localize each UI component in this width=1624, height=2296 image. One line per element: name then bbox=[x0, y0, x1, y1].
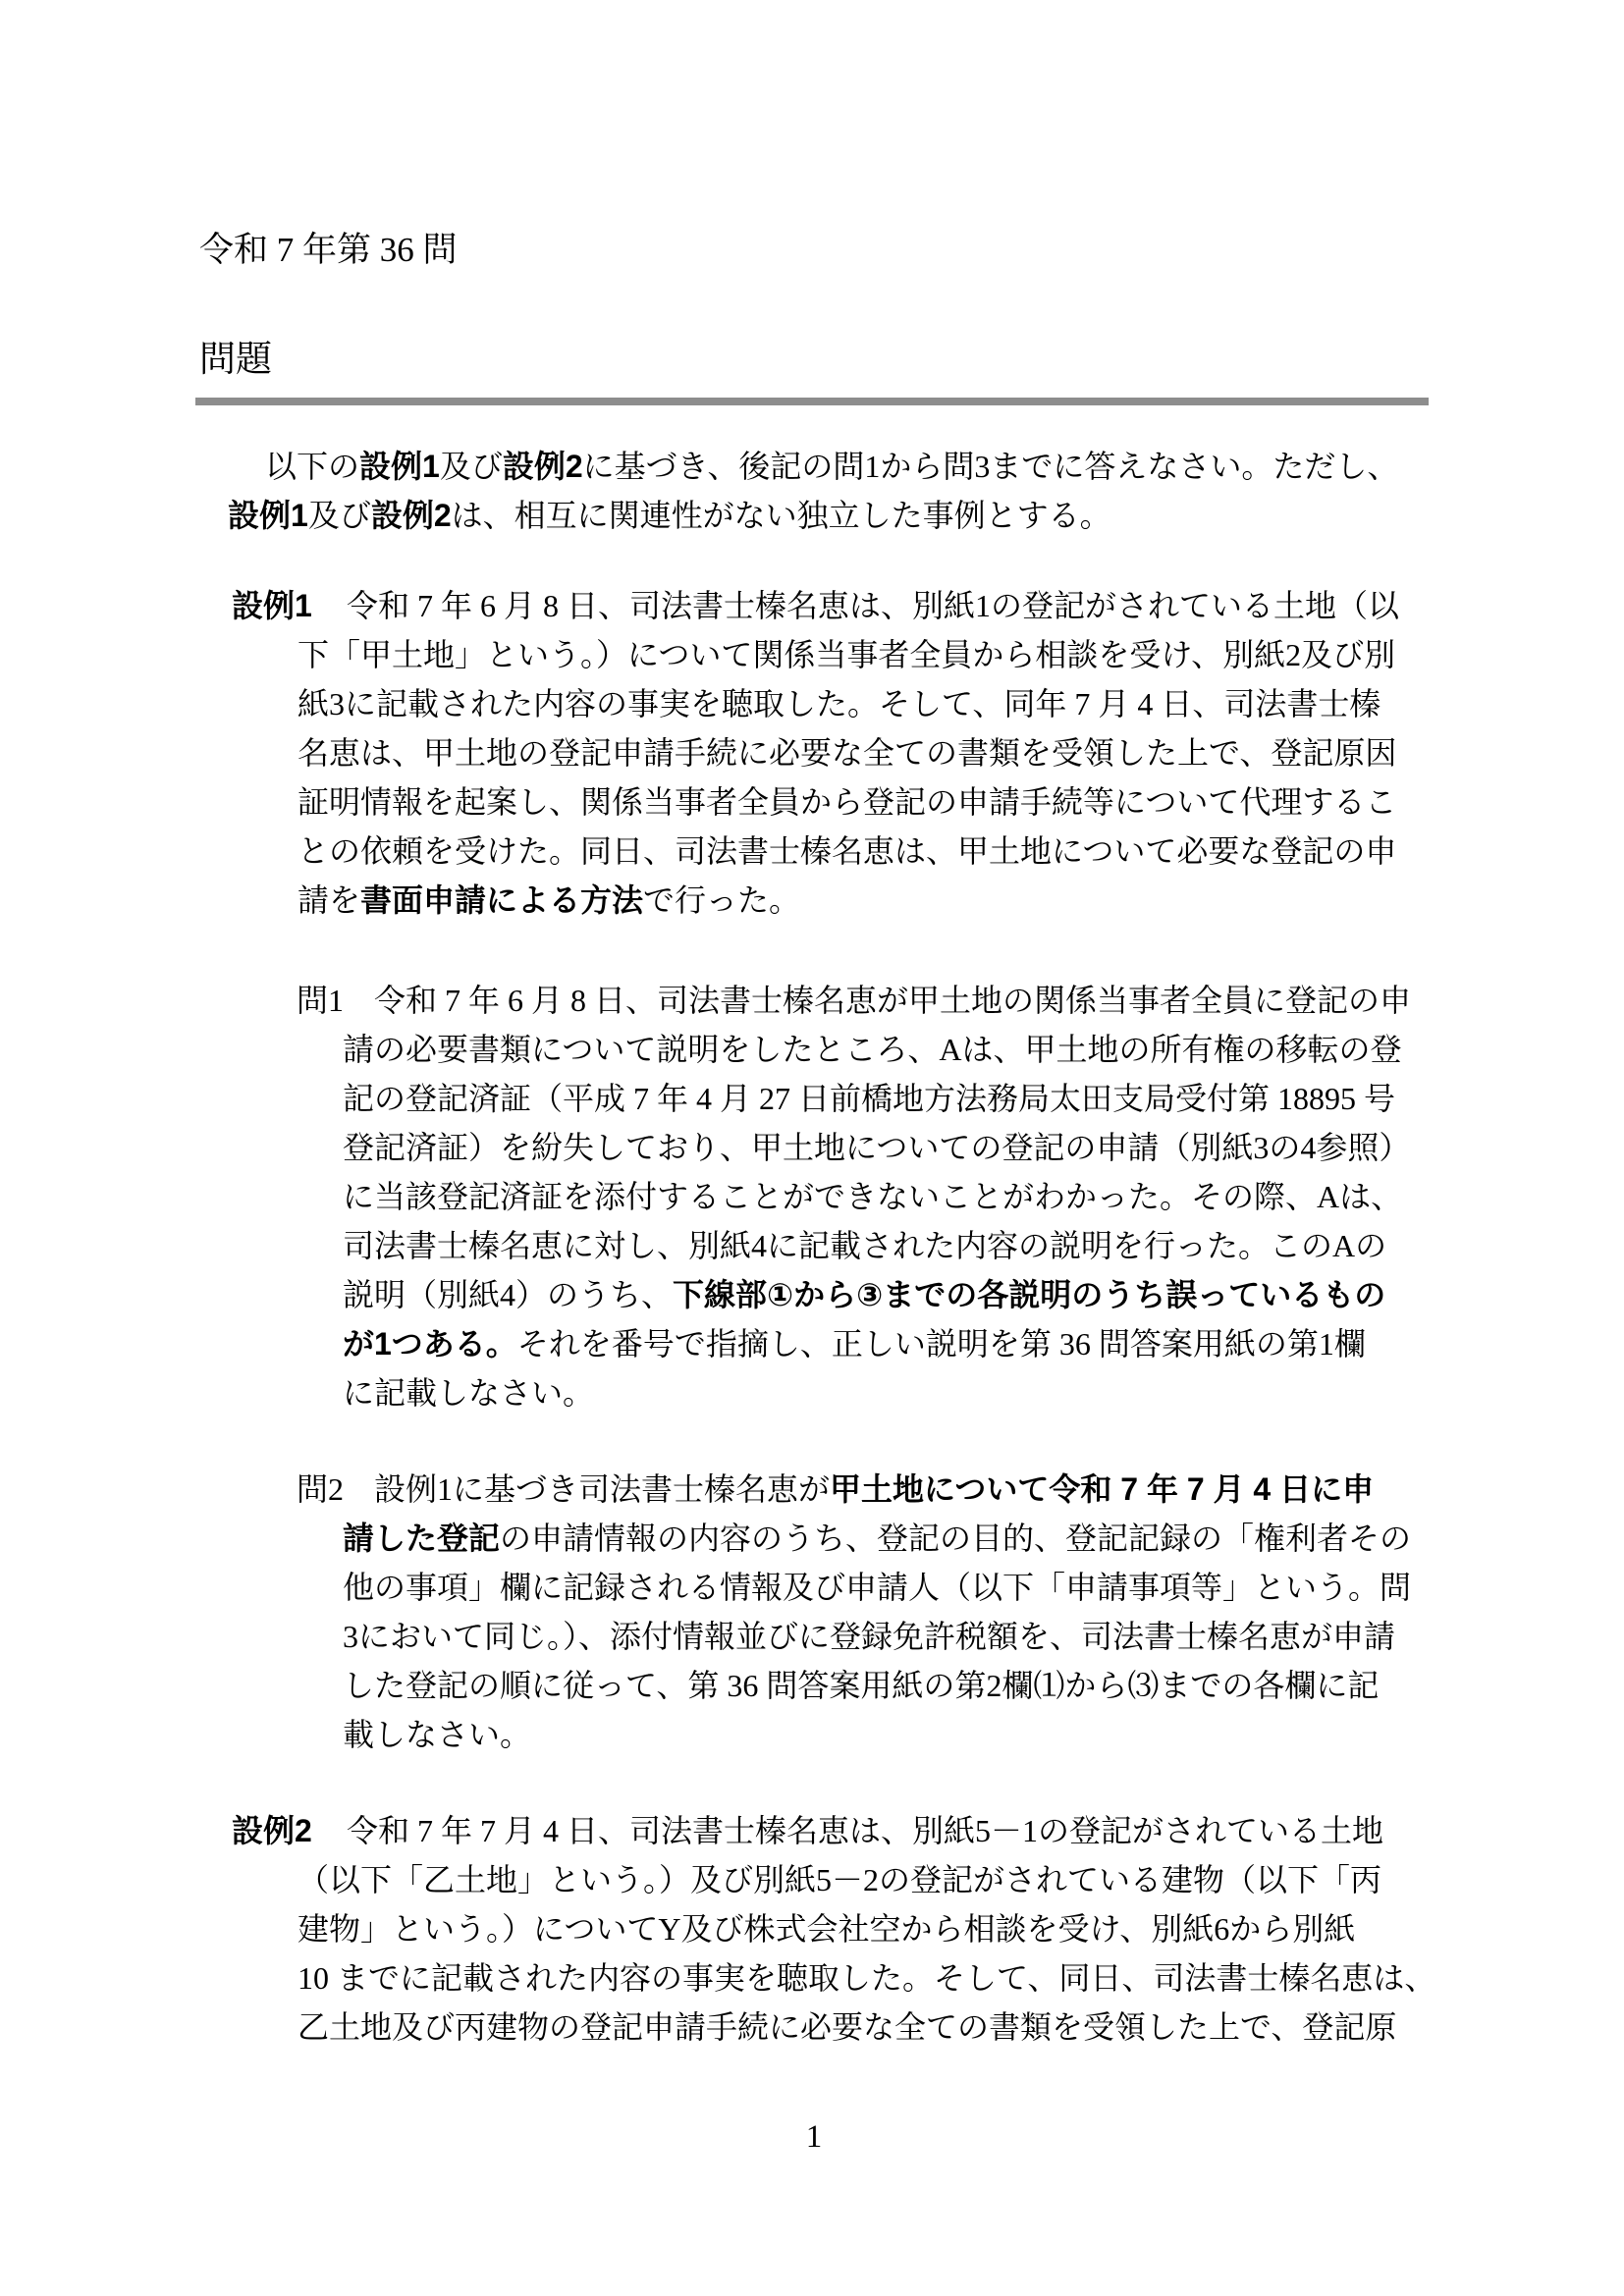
question-1-text: 令和 7 年 6 月 8 日、司法書士榛名恵が甲土地の関係当事者全員に登記の申請… bbox=[343, 976, 1433, 1417]
text-line: 乙土地及び丙建物の登記申請手続に必要な全ての書類を受領した上で、登記原 bbox=[298, 2002, 1432, 2052]
text-line: 他の事項」欄に記録される情報及び申請人（以下「申請事項等」という。問 bbox=[343, 1563, 1433, 1612]
text-line: 令和 7 年 7 月 4 日、司法書士榛名恵は、別紙5－1の登記がされている土地 bbox=[298, 1806, 1432, 1855]
text-line: 10 までに記載された内容の事実を聴取した。そして、同日、司法書士榛名恵は、 bbox=[298, 1953, 1432, 2002]
case-2-block: 設例2 令和 7 年 7 月 4 日、司法書士榛名恵は、別紙5－1の登記がされて… bbox=[298, 1806, 1432, 2052]
text-line: 令和 7 年 6 月 8 日、司法書士榛名恵は、別紙1の登記がされている土地（以 bbox=[298, 581, 1432, 630]
text-line: 紙3に記載された内容の事実を聴取した。そして、同年 7 月 4 日、司法書士榛 bbox=[298, 679, 1432, 728]
text-line: 設例1及び設例2は、相互に関連性がない独立した事例とする。 bbox=[228, 491, 1429, 540]
text-line: が1つある。それを番号で指摘し、正しい説明を第 36 問答案用紙の第1欄 bbox=[343, 1319, 1433, 1368]
page-number: 1 bbox=[199, 2112, 1429, 2162]
case-1-text: 令和 7 年 6 月 8 日、司法書士榛名恵は、別紙1の登記がされている土地（以… bbox=[298, 581, 1432, 925]
heading-divider-rule bbox=[195, 398, 1429, 405]
text-line: 記の登記済証（平成 7 年 4 月 27 日前橋地方法務局太田支局受付第 188… bbox=[343, 1074, 1433, 1123]
question-1-block: 問1 令和 7 年 6 月 8 日、司法書士榛名恵が甲土地の関係当事者全員に登記… bbox=[343, 976, 1433, 1417]
case-1-block: 設例1 令和 7 年 6 月 8 日、司法書士榛名恵は、別紙1の登記がされている… bbox=[298, 581, 1432, 925]
text-line: 説明（別紙4）のうち、下線部①から③までの各説明のうち誤っているもの bbox=[343, 1270, 1433, 1319]
text-line: に当該登記済証を添付することができないことがわかった。その際、Aは、 bbox=[343, 1172, 1433, 1221]
intro-paragraph: 以下の設例1及び設例2に基づき、後記の問1から問3までに答えなさい。ただし、設例… bbox=[228, 442, 1429, 540]
document-title: 令和 7 年第 36 問 bbox=[199, 226, 458, 275]
text-line: 設例1に基づき司法書士榛名恵が甲土地について令和 7 年 7 月 4 日に申 bbox=[343, 1465, 1433, 1514]
text-line: 建物」という。）についてY及び株式会社空から相談を受け、別紙6から別紙 bbox=[298, 1904, 1432, 1953]
question-2-text: 設例1に基づき司法書士榛名恵が甲土地について令和 7 年 7 月 4 日に申請し… bbox=[343, 1465, 1433, 1759]
question-1-label: 問1 bbox=[297, 976, 344, 1025]
question-2-block: 問2 設例1に基づき司法書士榛名恵が甲土地について令和 7 年 7 月 4 日に… bbox=[343, 1465, 1433, 1759]
document-page: 令和 7 年第 36 問 問題 以下の設例1及び設例2に基づき、後記の問1から問… bbox=[0, 0, 1624, 2296]
text-line: との依頼を受けた。同日、司法書士榛名恵は、甲土地について必要な登記の申 bbox=[298, 827, 1432, 876]
text-line: 登記済証）を紛失しており、甲土地についての登記の申請（別紙3の4参照） bbox=[343, 1123, 1433, 1172]
text-line: 請を書面申請による方法で行った。 bbox=[298, 876, 1432, 925]
section-heading-mondai: 問題 bbox=[199, 336, 272, 385]
text-line: 下「甲土地」という。）について関係当事者全員から相談を受け、別紙2及び別 bbox=[298, 630, 1432, 679]
text-line: （以下「乙土地」という。）及び別紙5－2の登記がされている建物（以下「丙 bbox=[298, 1855, 1432, 1904]
text-line: 証明情報を起案し、関係当事者全員から登記の申請手続等について代理するこ bbox=[298, 777, 1432, 827]
text-line: した登記の順に従って、第 36 問答案用紙の第2欄⑴から⑶までの各欄に記 bbox=[343, 1661, 1433, 1710]
text-line: に記載しなさい。 bbox=[343, 1368, 1433, 1417]
text-line: 司法書士榛名恵に対し、別紙4に記載された内容の説明を行った。このAの bbox=[343, 1221, 1433, 1270]
text-line: 載しなさい。 bbox=[343, 1710, 1433, 1759]
text-line: 名恵は、甲土地の登記申請手続に必要な全ての書類を受領した上で、登記原因 bbox=[298, 728, 1432, 777]
text-line: 以下の設例1及び設例2に基づき、後記の問1から問3までに答えなさい。ただし、 bbox=[228, 442, 1429, 491]
text-line: 請の必要書類について説明をしたところ、Aは、甲土地の所有権の移転の登 bbox=[343, 1025, 1433, 1074]
question-2-label: 問2 bbox=[297, 1465, 344, 1514]
text-line: 3において同じ。）、添付情報並びに登録免許税額を、司法書士榛名恵が申請 bbox=[343, 1612, 1433, 1661]
case-2-text: 令和 7 年 7 月 4 日、司法書士榛名恵は、別紙5－1の登記がされている土地… bbox=[298, 1806, 1432, 2052]
case-2-label: 設例2 bbox=[232, 1806, 312, 1855]
case-1-label: 設例1 bbox=[232, 581, 312, 630]
text-line: 請した登記の申請情報の内容のうち、登記の目的、登記記録の「権利者その bbox=[343, 1514, 1433, 1563]
text-line: 令和 7 年 6 月 8 日、司法書士榛名恵が甲土地の関係当事者全員に登記の申 bbox=[343, 976, 1433, 1025]
